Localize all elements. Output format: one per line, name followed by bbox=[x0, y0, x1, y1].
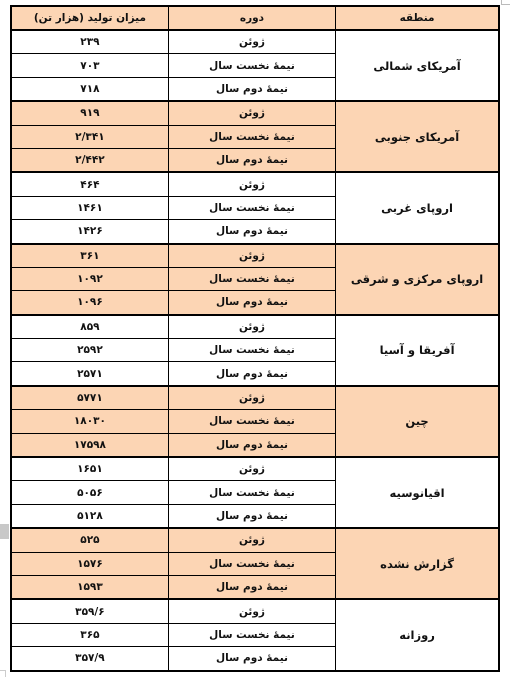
period-cell: نیمهٔ نخست سال bbox=[168, 267, 335, 290]
region-cell: اقیانوسیه bbox=[336, 457, 499, 528]
period-cell: نیمهٔ دوم سال bbox=[168, 220, 335, 244]
table-body: آمریکای شمالیژوئن۲۳۹نیمهٔ نخست سال۷۰۳نیم… bbox=[11, 30, 499, 671]
period-cell: نیمهٔ دوم سال bbox=[168, 148, 335, 172]
period-cell: ژوئن bbox=[168, 244, 335, 268]
value-cell: ۱۷۵۹۸ bbox=[11, 433, 168, 457]
header-period: دوره bbox=[168, 6, 335, 30]
region-cell: روزانه bbox=[336, 599, 499, 670]
period-cell: نیمهٔ دوم سال bbox=[168, 77, 335, 101]
value-cell: ۱۰۹۲ bbox=[11, 267, 168, 290]
table-row: آمریکای جنوبیژوئن۹۱۹ bbox=[11, 101, 499, 125]
value-cell: ۸۵۹ bbox=[11, 315, 168, 339]
value-cell: ۲۵۹۲ bbox=[11, 339, 168, 362]
region-cell: چین bbox=[336, 386, 499, 457]
region-cell: آفریقا و آسیا bbox=[336, 315, 499, 386]
value-cell: ۲/۳۴۱ bbox=[11, 125, 168, 148]
value-cell: ۱۰۹۶ bbox=[11, 291, 168, 315]
value-cell: ۵۱۲۸ bbox=[11, 504, 168, 528]
value-cell: ۳۵۹/۶ bbox=[11, 599, 168, 623]
table-resize-handle[interactable] bbox=[0, 670, 6, 677]
period-cell: نیمهٔ نخست سال bbox=[168, 410, 335, 433]
value-cell: ۱۴۲۶ bbox=[11, 220, 168, 244]
period-cell: نیمهٔ نخست سال bbox=[168, 623, 335, 646]
period-cell: ژوئن bbox=[168, 386, 335, 410]
value-cell: ۳۶۵ bbox=[11, 623, 168, 646]
value-cell: ۱۶۵۱ bbox=[11, 457, 168, 481]
region-cell: اروپای مرکزی و شرقی bbox=[336, 244, 499, 315]
value-cell: ۹۱۹ bbox=[11, 101, 168, 125]
value-cell: ۳۵۷/۹ bbox=[11, 647, 168, 671]
period-cell: نیمهٔ نخست سال bbox=[168, 125, 335, 148]
value-cell: ۱۸۰۳۰ bbox=[11, 410, 168, 433]
header-region: منطقه bbox=[336, 6, 499, 30]
period-cell: ژوئن bbox=[168, 30, 335, 54]
period-cell: ژوئن bbox=[168, 599, 335, 623]
period-cell: ژوئن bbox=[168, 315, 335, 339]
value-cell: ۷۰۳ bbox=[11, 54, 168, 77]
value-cell: ۳۶۱ bbox=[11, 244, 168, 268]
table-row: اروپای غربیژوئن۴۶۴ bbox=[11, 172, 499, 196]
value-cell: ۷۱۸ bbox=[11, 77, 168, 101]
table-row: چینژوئن۵۷۷۱ bbox=[11, 386, 499, 410]
region-cell: آمریکای جنوبی bbox=[336, 101, 499, 172]
table-row: اروپای مرکزی و شرقیژوئن۳۶۱ bbox=[11, 244, 499, 268]
document-page: منطقه دوره میزان تولید (هزار تن) آمریکای… bbox=[0, 0, 510, 677]
value-cell: ۲۵۷۱ bbox=[11, 362, 168, 386]
region-cell: گزارش نشده bbox=[336, 528, 499, 599]
header-row: منطقه دوره میزان تولید (هزار تن) bbox=[11, 6, 499, 30]
value-cell: ۲۳۹ bbox=[11, 30, 168, 54]
table-move-handle[interactable] bbox=[501, 0, 510, 5]
value-cell: ۵۷۷۱ bbox=[11, 386, 168, 410]
period-cell: نیمهٔ نخست سال bbox=[168, 54, 335, 77]
value-cell: ۴۶۴ bbox=[11, 172, 168, 196]
table-row: آفریقا و آسیاژوئن۸۵۹ bbox=[11, 315, 499, 339]
period-cell: ژوئن bbox=[168, 528, 335, 552]
value-cell: ۲/۴۴۲ bbox=[11, 148, 168, 172]
region-cell: آمریکای شمالی bbox=[336, 30, 499, 101]
period-cell: نیمهٔ دوم سال bbox=[168, 362, 335, 386]
table-row: اقیانوسیهژوئن۱۶۵۱ bbox=[11, 457, 499, 481]
row-gutter-marker bbox=[0, 524, 9, 539]
period-cell: نیمهٔ نخست سال bbox=[168, 552, 335, 575]
period-cell: نیمهٔ نخست سال bbox=[168, 339, 335, 362]
value-cell: ۵۰۵۶ bbox=[11, 481, 168, 504]
period-cell: نیمهٔ دوم سال bbox=[168, 504, 335, 528]
period-cell: نیمهٔ دوم سال bbox=[168, 647, 335, 671]
production-table: منطقه دوره میزان تولید (هزار تن) آمریکای… bbox=[10, 5, 500, 672]
value-cell: ۱۵۹۳ bbox=[11, 575, 168, 599]
table-row: آمریکای شمالیژوئن۲۳۹ bbox=[11, 30, 499, 54]
header-value: میزان تولید (هزار تن) bbox=[11, 6, 168, 30]
period-cell: نیمهٔ دوم سال bbox=[168, 433, 335, 457]
period-cell: نیمهٔ دوم سال bbox=[168, 291, 335, 315]
value-cell: ۱۴۶۱ bbox=[11, 196, 168, 219]
period-cell: ژوئن bbox=[168, 172, 335, 196]
value-cell: ۱۵۷۶ bbox=[11, 552, 168, 575]
period-cell: ژوئن bbox=[168, 101, 335, 125]
table-row: گزارش نشدهژوئن۵۲۵ bbox=[11, 528, 499, 552]
period-cell: نیمهٔ نخست سال bbox=[168, 481, 335, 504]
period-cell: نیمهٔ نخست سال bbox=[168, 196, 335, 219]
period-cell: نیمهٔ دوم سال bbox=[168, 575, 335, 599]
region-cell: اروپای غربی bbox=[336, 172, 499, 243]
period-cell: ژوئن bbox=[168, 457, 335, 481]
table-row: روزانهژوئن۳۵۹/۶ bbox=[11, 599, 499, 623]
value-cell: ۵۲۵ bbox=[11, 528, 168, 552]
